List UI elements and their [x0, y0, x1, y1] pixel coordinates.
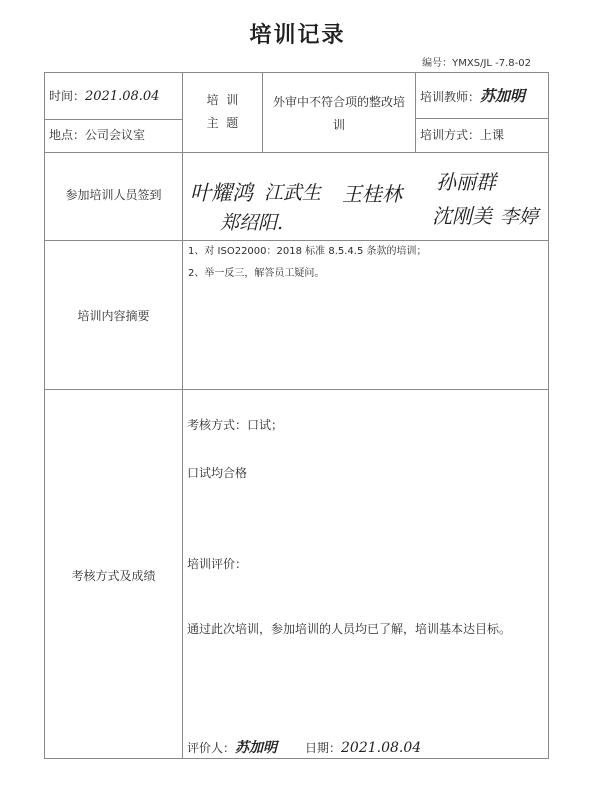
- signature: 孙丽群: [436, 166, 496, 195]
- date-value: 2021.08.04: [341, 740, 421, 756]
- method-label: 培训方式：: [420, 128, 480, 142]
- column-divider-topic: [262, 72, 263, 152]
- attendance-label: 参加培训人员签到: [45, 187, 182, 203]
- row-divider-left: [44, 119, 182, 120]
- summary-label: 培训内容摘要: [45, 308, 182, 324]
- signature: 王桂林: [342, 178, 402, 207]
- table-border-top: [44, 72, 549, 73]
- signature: 李婷: [500, 202, 538, 229]
- location-field: 地点：公司会议室: [49, 127, 145, 143]
- time-field: 时间：2021.08.04: [49, 88, 159, 105]
- signature: 叶耀鸿: [190, 177, 253, 207]
- time-value: 2021.08.04: [85, 89, 159, 104]
- assessment-result: 口试均合格: [187, 465, 247, 481]
- signature: 江武生: [264, 178, 321, 205]
- location-label: 地点：: [49, 128, 85, 142]
- summary-item: 1、对 ISO22000：2018 标准 8.5.4.5 条款的培训；: [188, 244, 427, 260]
- signature: 郑绍阳.: [220, 208, 283, 235]
- column-divider-1: [182, 72, 183, 759]
- row-divider-right: [415, 118, 548, 119]
- teacher-field: 培训教师：苏加明: [420, 88, 525, 105]
- summary-item: 2、举一反三，解答员工疑问。: [188, 266, 324, 282]
- evaluation-label: 培训评价：: [187, 556, 247, 572]
- assessment-label: 考核方式及成绩: [45, 568, 182, 584]
- topic-value-line1: 外审中不符合项的整改培: [263, 94, 415, 110]
- location-value: 公司会议室: [85, 128, 145, 142]
- row-divider-2: [44, 152, 549, 153]
- document-title: 培训记录: [0, 18, 595, 49]
- doc-no-label: 编号：: [422, 58, 452, 69]
- method-field: 培训方式：上课: [420, 127, 504, 143]
- table-border-bottom: [44, 758, 549, 759]
- assessment-method: 考核方式：口试；: [187, 417, 283, 433]
- time-label: 时间：: [49, 89, 85, 103]
- column-divider-teacher: [415, 72, 416, 152]
- date-label: 日期：: [305, 741, 341, 755]
- row-divider-3: [44, 240, 549, 241]
- document-number: 编号：YMXS/JL -7.8-02: [422, 54, 531, 69]
- table-border-right: [548, 72, 549, 759]
- evaluation-date-field: 日期：2021.08.04: [305, 740, 421, 756]
- evaluator-label: 评价人：: [187, 741, 235, 755]
- evaluation-text: 通过此次培训，参加培训的人员均已了解，培训基本达目标。: [187, 621, 511, 637]
- teacher-label: 培训教师：: [420, 90, 480, 104]
- topic-value-line2: 训: [263, 117, 415, 133]
- teacher-signature: 苏加明: [480, 87, 525, 105]
- evaluator-field: 评价人：苏加明: [187, 740, 277, 756]
- signature: 沈刚美: [432, 200, 492, 229]
- topic-label-line1: 培 训: [183, 92, 262, 108]
- topic-label-line2: 主 题: [183, 115, 262, 131]
- evaluator-signature: 苏加明: [235, 740, 277, 756]
- row-divider-4: [44, 389, 549, 390]
- method-value: 上课: [480, 128, 504, 142]
- table-border-left: [44, 72, 45, 759]
- doc-no-value: YMXS/JL -7.8-02: [452, 58, 531, 69]
